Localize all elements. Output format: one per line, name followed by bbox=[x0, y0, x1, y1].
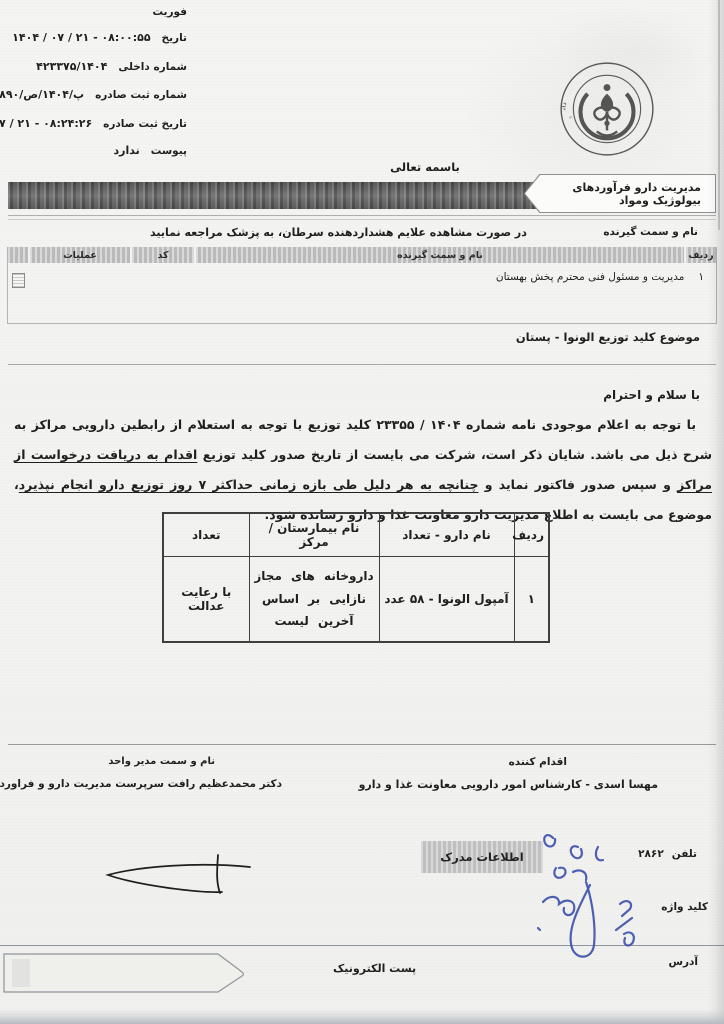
drug-row-name: آمپول الونوا - ۵۸ عدد bbox=[379, 557, 514, 643]
department-badge: مدیریت دارو فرآوردهای بیولوژیک ومواد bbox=[524, 174, 716, 213]
date-value: ۱۴۰۴ / ۰۷ / ۲۱ - ۰۸:۰۰:۵۵ bbox=[12, 31, 150, 44]
recipient-row: ۱ مدیریت و مسئول فنی محترم پخش بهستان bbox=[8, 263, 716, 283]
drug-col-drug: نام دارو - تعداد bbox=[379, 513, 514, 557]
actor-label: اقدام کننده bbox=[509, 756, 567, 768]
keyword-label: کلید واژه bbox=[661, 901, 708, 913]
divider-signoff bbox=[8, 744, 716, 745]
issue-no-value: ۹/۳۰۲/۲۳۸۹۰/پ/۱۴۰۴/ص bbox=[0, 88, 84, 101]
issue-date-label: تاریخ ثبت صادره bbox=[103, 118, 187, 130]
internal-no-label: شماره داخلی bbox=[118, 61, 187, 73]
drug-row-count: با رعایت عدالت bbox=[163, 557, 249, 643]
bismillah-text: باسمه تعالی bbox=[360, 160, 490, 174]
department-badge-label: مدیریت دارو فرآوردهای بیولوژیک ومواد bbox=[525, 175, 715, 212]
divider-subject bbox=[8, 364, 716, 365]
body-seg-1: با توجه به اعلام موجودی نامه شماره bbox=[461, 417, 697, 432]
actor-name: مهسا اسدی - کارشناس امور دارویی معاونت غ… bbox=[359, 778, 658, 791]
meta-attachment: پیوست ندارد bbox=[114, 144, 188, 157]
drug-col-count: تعداد bbox=[163, 513, 249, 557]
phone-row: تلفن ۲۸۶۲ bbox=[638, 848, 697, 860]
divider-under-bar bbox=[8, 215, 716, 220]
recipient-row-index: ۱ bbox=[698, 271, 704, 283]
recipient-row-name: مدیریت و مسئول فنی محترم پخش بهستان bbox=[496, 271, 685, 283]
meta-issue-no: شماره ثبت صادره ۹/۳۰۲/۲۳۸۹۰/پ/۱۴۰۴/ص bbox=[0, 88, 187, 101]
attachment-label: پیوست bbox=[151, 145, 187, 157]
cancer-warning-text: در صورت مشاهده علایم هشداردهنده سرطان، ب… bbox=[150, 226, 527, 239]
meta-urgency: فوریت bbox=[152, 6, 187, 18]
col-actions-header: عملیات bbox=[30, 247, 130, 263]
drug-table-row: ۱ آمپول الونوا - ۵۸ عدد داروخانه های مجا… bbox=[163, 557, 549, 643]
document-icon[interactable] bbox=[12, 273, 25, 288]
urgency-label: فوریت bbox=[152, 6, 187, 18]
issue-date-value: ۱۴۰۴ / ۰۷ / ۲۱ - ۰۸:۲۴:۲۶ bbox=[0, 117, 92, 130]
meta-internal-no: شماره داخلی ۴۲۳۳۷۵/۱۴۰۴ bbox=[36, 60, 187, 73]
internal-no-value: ۴۲۳۳۷۵/۱۴۰۴ bbox=[36, 60, 107, 73]
drug-row-hospital: داروخانه های مجاز نازایی بر اساس آخرین ل… bbox=[249, 557, 379, 643]
col-blank-header bbox=[8, 247, 28, 263]
body-underline-2: چنانچه به هر دلیل طی بازه زمانی حداکثر ۷… bbox=[19, 477, 479, 492]
date-label: تاریخ bbox=[162, 32, 187, 44]
scan-edge-line bbox=[718, 0, 720, 230]
pen-signature bbox=[100, 845, 260, 905]
recipients-table: ردیف نام و سمت گیرنده کد عملیات ۱ مدیریت… bbox=[7, 247, 717, 324]
subject-line: موضوع کلید توزیع الونوا - پستان bbox=[516, 330, 700, 344]
svg-text:SHIRAZ UNIVERSITY OF MEDICAL S: SHIRAZ UNIVERSITY OF MEDICAL SCIENCES bbox=[554, 56, 573, 120]
recipients-table-header: ردیف نام و سمت گیرنده کد عملیات bbox=[8, 247, 716, 263]
body-seg-3: و سپس صدور فاکتور نماید و bbox=[478, 477, 677, 492]
scan-edge-shadow-right bbox=[708, 0, 724, 1024]
drug-col-hospital: نام بیمارستان / مرکز bbox=[249, 513, 379, 557]
address-label: آدرس bbox=[668, 956, 698, 968]
col-code-header: کد bbox=[132, 247, 194, 263]
document-info-button[interactable]: اطلاعات مدرک bbox=[421, 841, 543, 873]
seal-en-ring-text: SHIRAZ UNIVERSITY OF MEDICAL SCIENCES bbox=[554, 56, 573, 120]
recipient-section-label: نام و سمت گیرنده bbox=[603, 226, 698, 238]
scan-edge-bottom-band bbox=[0, 1009, 724, 1024]
blue-pen-note bbox=[528, 830, 643, 965]
manager-label: نام و سمت مدیر واحد bbox=[108, 756, 215, 767]
attachment-value: ندارد bbox=[114, 144, 140, 157]
drug-row-index: ۱ bbox=[514, 557, 549, 643]
bottom-banner-arrow bbox=[0, 948, 260, 998]
meta-date: تاریخ ۱۴۰۴ / ۰۷ / ۲۱ - ۰۸:۰۰:۵۵ bbox=[12, 31, 187, 44]
drug-table: ردیف نام دارو - تعداد نام بیمارستان / مر… bbox=[162, 512, 550, 643]
body-letter-number: ۲۳۳۵۵ / ۱۴۰۴ bbox=[376, 417, 460, 432]
drug-col-row: ردیف bbox=[514, 513, 549, 557]
issue-no-label: شماره ثبت صادره bbox=[95, 89, 187, 101]
university-seal-logo: دانشگاه علوم پزشکی و خدمات بهداشتی درمان… bbox=[554, 56, 660, 162]
col-name-header: نام و سمت گیرنده bbox=[196, 247, 684, 263]
phone-label: تلفن bbox=[672, 848, 697, 860]
manager-name: دکتر محمدعظیم رافت سرپرست مدیریت دارو و … bbox=[0, 778, 282, 790]
scanned-letter-page: فوریت تاریخ ۱۴۰۴ / ۰۷ / ۲۱ - ۰۸:۰۰:۵۵ شم… bbox=[0, 0, 724, 1024]
salutation: با سلام و احترام bbox=[603, 388, 700, 402]
email-label: پست الکترونیک bbox=[333, 962, 416, 975]
meta-issue-date: تاریخ ثبت صادره ۱۴۰۴ / ۰۷ / ۲۱ - ۰۸:۲۴:۲… bbox=[0, 117, 187, 130]
drug-table-header: ردیف نام دارو - تعداد نام بیمارستان / مر… bbox=[163, 513, 549, 557]
